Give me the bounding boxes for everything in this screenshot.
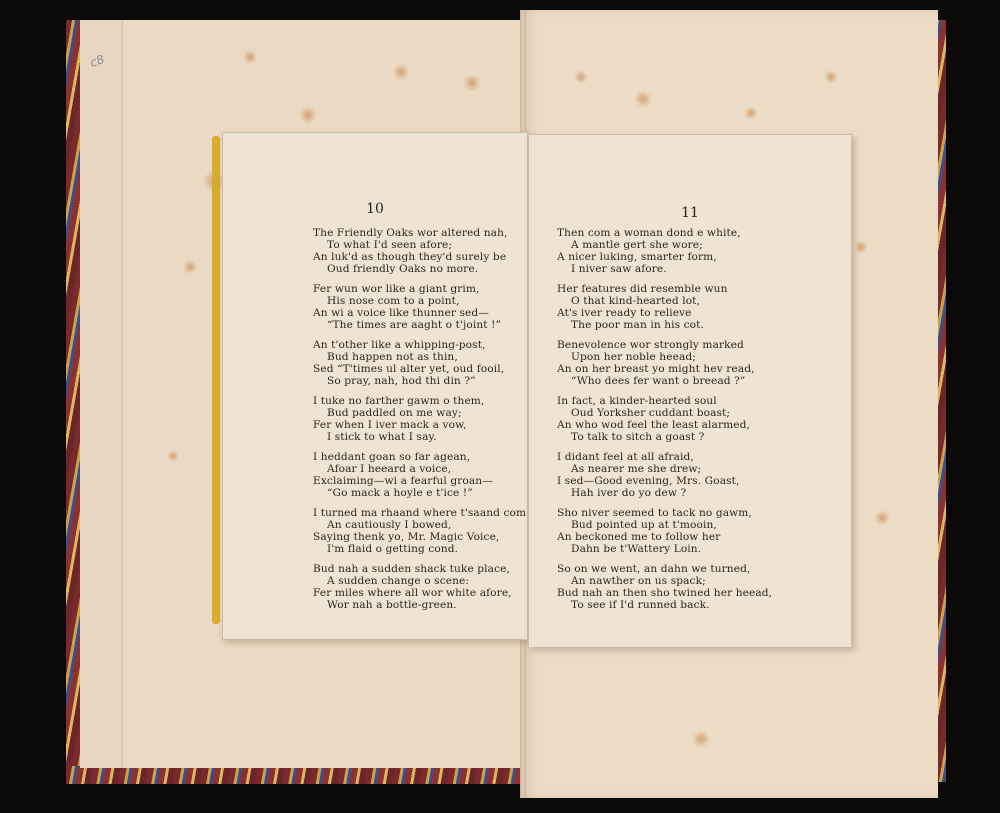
- verse-line: “The times are aaght o t'joint !”: [313, 319, 549, 331]
- stanza: I didant feel at all afraid, As nearer m…: [557, 451, 772, 499]
- verse-line: A nicer luking, smarter form,: [557, 251, 772, 263]
- verse-line: I turned ma rhaand where t'saand com fro…: [313, 507, 549, 519]
- verse-line: So pray, nah, hod thi din ?”: [313, 375, 549, 387]
- verse-line: An beckoned me to follow her: [557, 531, 772, 543]
- verse-line: Bud paddled on me way;: [313, 407, 549, 419]
- verse-line: Then com a woman dond e white,: [557, 227, 772, 239]
- verse-line: Exclaiming—wi a fearful groan—: [313, 475, 549, 487]
- pamphlet-page-left: 10 The Friendly Oaks wor altered nah, To…: [222, 132, 528, 640]
- verse-line: To see if I'd runned back.: [557, 599, 772, 611]
- verse-line: An who wod feel the least alarmed,: [557, 419, 772, 431]
- verse-line: An nawther on us spack;: [557, 575, 772, 587]
- verse-line: Afoar I heeard a voice,: [313, 463, 549, 475]
- verse-line: The Friendly Oaks wor altered nah,: [313, 227, 549, 239]
- verse-line: Bud pointed up at t'mooin,: [557, 519, 772, 531]
- verse-line: “Who dees fer want o breead ?”: [557, 375, 772, 387]
- verse-line: “Go mack a hoyle e t'ice !”: [313, 487, 549, 499]
- verse-line: A sudden change o scene:: [313, 575, 549, 587]
- stanza: I tuke no farther gawm o them, Bud paddl…: [313, 395, 549, 443]
- verse-line: Bud happen not as thin,: [313, 351, 549, 363]
- verse-line: As nearer me she drew;: [557, 463, 772, 475]
- verse-line: A mantle gert she wore;: [557, 239, 772, 251]
- verse-line: His nose com to a point,: [313, 295, 549, 307]
- poem-text-left: The Friendly Oaks wor altered nah, To wh…: [313, 227, 549, 619]
- stanza: An t'other like a whipping-post, Bud hap…: [313, 339, 549, 387]
- verse-line: I heddant goan so far agean,: [313, 451, 549, 463]
- stanza: So on we went, an dahn we turned, An naw…: [557, 563, 772, 611]
- stanza: Sho niver seemed to tack no gawm, Bud po…: [557, 507, 772, 555]
- verse-line: I didant feel at all afraid,: [557, 451, 772, 463]
- verse-line: Wor nah a bottle-green.: [313, 599, 549, 611]
- verse-line: I tuke no farther gawm o them,: [313, 395, 549, 407]
- verse-line: An wi a voice like thunner sed—: [313, 307, 549, 319]
- verse-line: Benevolence wor strongly marked: [557, 339, 772, 351]
- verse-line: To talk to sitch a goast ?: [557, 431, 772, 443]
- stanza: Her features did resemble wun O that kin…: [557, 283, 772, 331]
- verse-line: An on her breast yo might hev read,: [557, 363, 772, 375]
- verse-line: An t'other like a whipping-post,: [313, 339, 549, 351]
- verse-line: Fer wun wor like a giant grim,: [313, 283, 549, 295]
- stanza: Benevolence wor strongly marked Upon her…: [557, 339, 772, 387]
- page-number: 10: [223, 201, 527, 217]
- marbled-cover-bottom: [66, 766, 536, 784]
- verse-line: Saying thenk yo, Mr. Magic Voice,: [313, 531, 549, 543]
- verse-line: Sed “T'times ul alter yet, oud fooil,: [313, 363, 549, 375]
- pamphlet-yellow-edge: [212, 136, 220, 624]
- verse-line: Bud nah a sudden shack tuke place,: [313, 563, 549, 575]
- verse-line: Hah iver do yo dew ?: [557, 487, 772, 499]
- page-number: 11: [529, 205, 851, 221]
- pamphlet-page-right: 11 Then com a woman dond e white, A mant…: [528, 134, 852, 648]
- verse-line: I'm flaid o getting cond.: [313, 543, 549, 555]
- verse-line: An cautiously I bowed,: [313, 519, 549, 531]
- verse-line: I niver saw afore.: [557, 263, 772, 275]
- verse-line: In fact, a kinder-hearted soul: [557, 395, 772, 407]
- verse-line: I sed—Good evening, Mrs. Goast,: [557, 475, 772, 487]
- verse-line: Sho niver seemed to tack no gawm,: [557, 507, 772, 519]
- verse-line: So on we went, an dahn we turned,: [557, 563, 772, 575]
- stanza: The Friendly Oaks wor altered nah, To wh…: [313, 227, 549, 275]
- verse-line: Bud nah an then sho twined her heead,: [557, 587, 772, 599]
- stanza: I heddant goan so far agean, Afoar I hee…: [313, 451, 549, 499]
- verse-line: I stick to what I say.: [313, 431, 549, 443]
- stanza: In fact, a kinder-hearted soul Oud Yorks…: [557, 395, 772, 443]
- verse-line: An luk'd as though they'd surely be: [313, 251, 549, 263]
- verse-line: The poor man in his cot.: [557, 319, 772, 331]
- verse-line: At's iver ready to relieve: [557, 307, 772, 319]
- verse-line: To what I'd seen afore;: [313, 239, 549, 251]
- stanza: Bud nah a sudden shack tuke place, A sud…: [313, 563, 549, 611]
- poem-text-right: Then com a woman dond e white, A mantle …: [557, 227, 772, 619]
- verse-line: Oud friendly Oaks no more.: [313, 263, 549, 275]
- stanza: Fer wun wor like a giant grim, His nose …: [313, 283, 549, 331]
- verse-line: Fer miles where all wor white afore,: [313, 587, 549, 599]
- verse-line: O that kind-hearted lot,: [557, 295, 772, 307]
- verse-line: Oud Yorksher cuddant boast;: [557, 407, 772, 419]
- verse-line: Fer when I iver mack a vow,: [313, 419, 549, 431]
- verse-line: Upon her noble heead;: [557, 351, 772, 363]
- stanza: Then com a woman dond e white, A mantle …: [557, 227, 772, 275]
- stanza: I turned ma rhaand where t'saand com fro…: [313, 507, 549, 555]
- verse-line: Her features did resemble wun: [557, 283, 772, 295]
- verse-line: Dahn be t'Wattery Loin.: [557, 543, 772, 555]
